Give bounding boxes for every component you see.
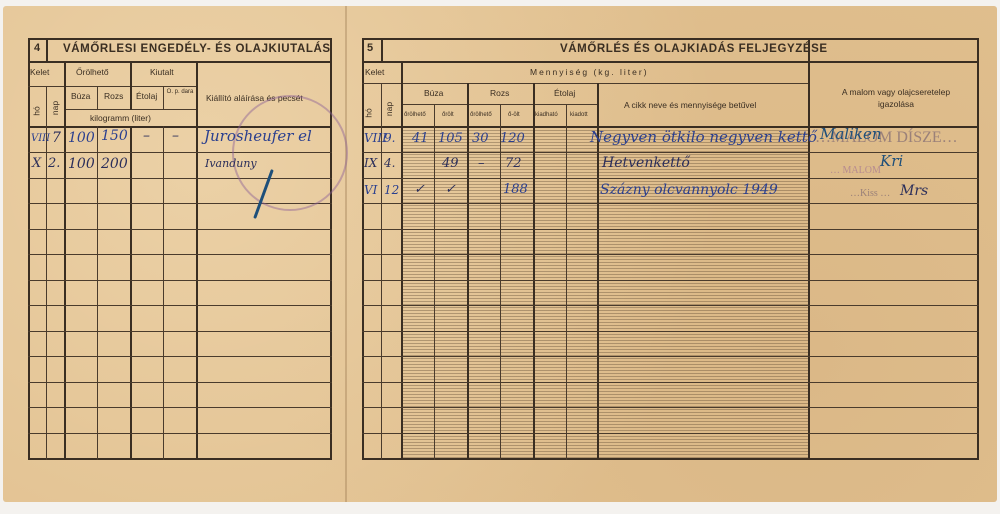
header-orolheto: Őrölhető	[76, 67, 109, 77]
cell-cikk: Hetvenkettő	[602, 155, 690, 171]
divider	[381, 38, 383, 62]
section-number: 5	[367, 42, 373, 54]
stamp-line: …Kiss …	[850, 188, 890, 199]
cell-ho: IX	[364, 156, 377, 170]
row-divider	[28, 356, 332, 357]
cell-etolaj: –	[143, 128, 150, 144]
header-cikk: A cikk neve és mennyisége betűvel	[624, 100, 756, 110]
header-unit: kilogramm (liter)	[90, 113, 151, 123]
divider	[533, 83, 535, 460]
section-title: VÁMŐRLESI ENGEDÉLY- ÉS OLAJKIUTALÁS	[63, 43, 331, 55]
signature: Jurosheufer el	[204, 127, 312, 145]
divider	[130, 126, 132, 460]
cell-nap: 12	[384, 183, 399, 197]
row-divider	[362, 254, 979, 255]
round-stamp	[232, 95, 348, 211]
divider	[97, 126, 98, 460]
header-kiadhato: kiadható	[535, 112, 558, 118]
divider	[163, 126, 164, 460]
divider	[97, 86, 98, 110]
cell-buza: 100	[68, 130, 95, 146]
row-divider	[362, 331, 979, 332]
center-fold	[345, 6, 347, 502]
header-buza: Búza	[71, 91, 90, 101]
section-number: 4	[34, 42, 40, 54]
header-op-dara: O. p. dara	[166, 89, 194, 96]
row-divider	[362, 203, 979, 204]
divider	[401, 61, 403, 460]
cell-cikk: Százny olcvannyolc 1949	[600, 182, 778, 198]
header-buza: Búza	[424, 88, 443, 98]
row-divider	[28, 305, 332, 306]
header-etolaj: Étolaj	[136, 91, 157, 101]
header-kiutalt: Kiutalt	[150, 67, 174, 77]
cell-buza-orolt: 49	[442, 156, 459, 171]
header-etolaj: Étolaj	[554, 88, 575, 98]
header-nap: nap	[384, 102, 394, 116]
header-ho: hó	[32, 106, 42, 115]
divider	[467, 83, 469, 460]
cell-rozs-orolt: 120	[500, 131, 525, 146]
header-igazolas: A malom vagy olajcseretelep igazolása	[826, 86, 966, 110]
row-divider	[362, 229, 979, 230]
cell-nap: 9.	[384, 131, 395, 145]
row-divider	[362, 407, 979, 408]
cell-rozs-orolt: 188	[503, 182, 528, 197]
row-divider	[362, 356, 979, 357]
cell-op-dara: –	[172, 128, 179, 144]
header-buza-orolheto: őrölhető	[404, 112, 426, 118]
cell-buza-orolheto: ✓	[414, 182, 425, 197]
row-divider	[28, 280, 332, 281]
row-divider	[28, 407, 332, 408]
cell-igazolas: Maliken	[820, 125, 882, 143]
divider	[46, 38, 48, 62]
row-divider	[362, 178, 979, 179]
row-divider	[362, 433, 979, 434]
hatched-cells	[402, 127, 808, 458]
section-title: VÁMŐRLÉS ÉS OLAJKIADÁS FELJEGYZÉSE	[560, 43, 828, 55]
divider	[28, 61, 332, 63]
cell-buza: 100	[68, 156, 95, 172]
cell-nap: 7	[52, 130, 61, 146]
cell-buza-orolheto: 41	[412, 131, 429, 146]
divider	[362, 61, 979, 63]
cell-ho: X	[32, 156, 41, 171]
row-divider	[28, 433, 332, 434]
row-divider	[28, 331, 332, 332]
row-divider	[28, 382, 332, 383]
cell-igazolas: Mrs	[900, 183, 928, 199]
cell-igazolas: Kri	[880, 152, 903, 170]
divider	[402, 83, 808, 84]
header-rozs: Rozs	[104, 91, 123, 101]
header-ho: hó	[364, 108, 374, 117]
divider	[163, 86, 164, 110]
cell-nap: 2.	[48, 156, 60, 171]
row-divider	[362, 382, 979, 383]
stamp-line: … MALOM	[830, 165, 881, 176]
row-divider	[362, 280, 979, 281]
cell-rozs: 200	[101, 156, 128, 172]
cell-cikk: Negyven ötkilo negyven kettő	[590, 128, 817, 146]
signature: Ivanduny	[205, 157, 257, 170]
cell-rozs: 150	[101, 128, 128, 144]
header-mennyiseg: Mennyiség (kg. liter)	[530, 67, 649, 77]
divider	[362, 83, 402, 84]
cell-rozs-orolheto: 30	[472, 131, 489, 146]
cell-buza-orolt: ✓	[445, 182, 456, 197]
divider	[196, 61, 198, 460]
row-divider	[362, 305, 979, 306]
cell-rozs-orolheto: –	[478, 156, 485, 171]
header-rozs-orolt: ő-ölt	[508, 112, 520, 118]
header-kiadott: kiadott	[570, 112, 588, 118]
cell-rozs-orolt: 72	[505, 156, 522, 171]
row-divider	[28, 254, 332, 255]
header-kelet: Kelet	[30, 67, 49, 77]
row-divider	[28, 229, 332, 230]
header-kelet: Kelet	[365, 67, 384, 77]
cell-nap: 4.	[384, 156, 395, 170]
divider	[130, 61, 132, 110]
cell-buza-orolt: 105	[438, 131, 463, 146]
divider	[808, 38, 810, 460]
cell-ho: VI	[364, 183, 377, 197]
header-buza-orolt: őrölt	[442, 112, 454, 118]
header-nap: nap	[50, 101, 60, 115]
header-rozs: Rozs	[490, 88, 509, 98]
cell-ho: VIII	[31, 133, 50, 144]
header-rozs-orolheto: őrölhető	[470, 112, 492, 118]
divider	[64, 61, 66, 460]
